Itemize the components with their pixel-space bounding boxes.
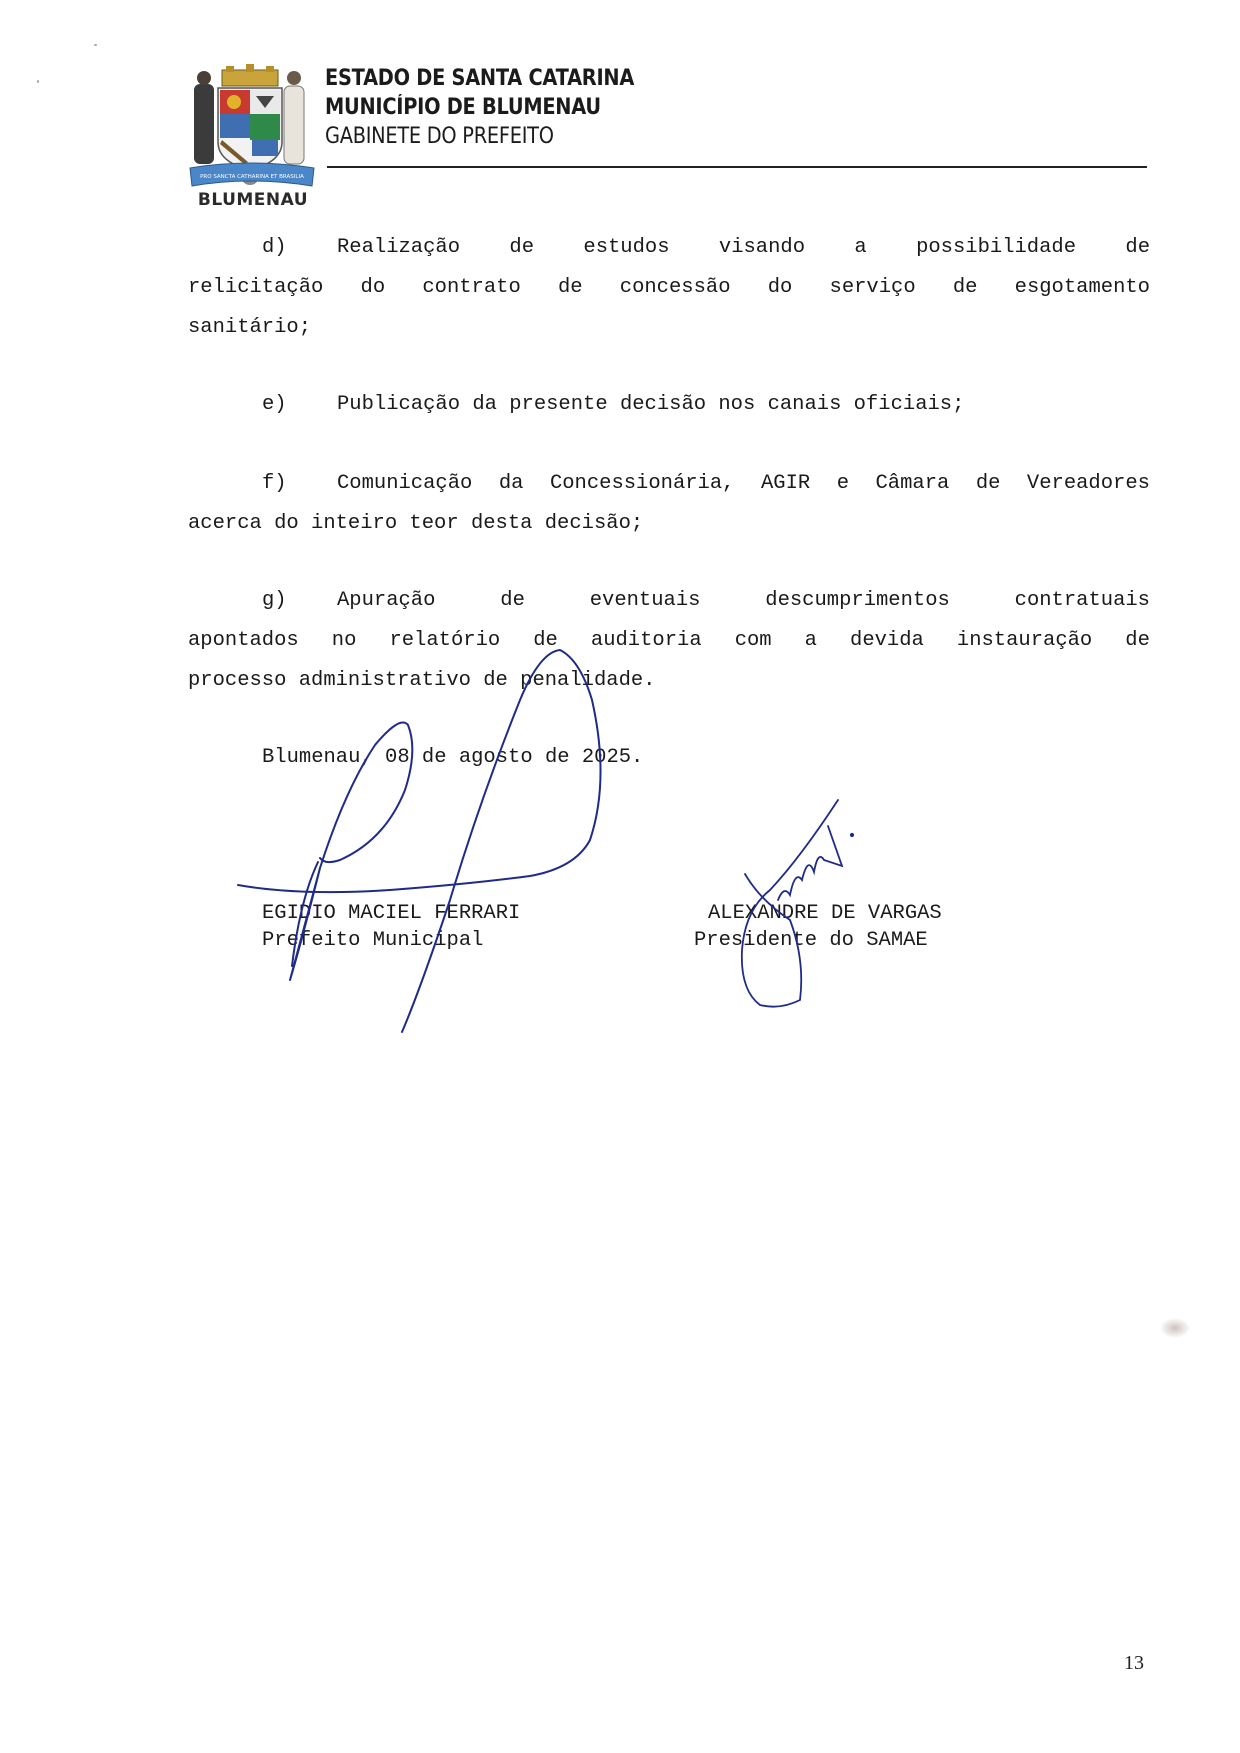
word: com (735, 629, 772, 653)
word: do (361, 276, 386, 300)
word: no (332, 629, 357, 653)
header-state: ESTADO DE SANTA CATARINA (325, 66, 634, 91)
word: de (533, 629, 558, 653)
word: e (837, 472, 849, 496)
header-municipality: MUNICÍPIO DE BLUMENAU (325, 95, 601, 120)
word: contrato (422, 276, 520, 300)
word: do (768, 276, 793, 300)
item-e-line1: Publicação da presente decisão nos canai… (337, 393, 964, 417)
item-d-line1: Realizaçãodeestudosvisandoapossibilidade… (337, 236, 1150, 260)
word: de (509, 236, 534, 260)
word: Comunicação (337, 472, 472, 496)
word: de (500, 589, 525, 613)
word: de (1125, 236, 1150, 260)
item-g-label: g) (262, 589, 287, 613)
header-divider (327, 166, 1147, 168)
word: de (953, 276, 978, 300)
item-f-line1: ComunicaçãodaConcessionária,AGIReCâmarad… (337, 472, 1150, 496)
word: AGIR (761, 472, 810, 496)
signature-egidio-maciel-ferrari (0, 0, 1240, 1100)
scan-speck (94, 44, 97, 46)
scan-speck (37, 80, 39, 83)
word: descumprimentos (765, 589, 950, 613)
header-office: GABINETE DO PREFEITO (325, 124, 554, 149)
word: relatório (389, 629, 500, 653)
document-page: PRO SANCTA CATHARINA ET BRASILIA BLUMENA… (0, 0, 1240, 1753)
word: da (499, 472, 524, 496)
word: Concessionária, (550, 472, 735, 496)
word: estudos (583, 236, 669, 260)
date-line: Blumenau, 08 de agosto de 2025. (262, 746, 643, 770)
scan-smudge (1160, 1318, 1190, 1338)
signatory-1-role: Prefeito Municipal (262, 929, 483, 953)
word: eventuais (590, 589, 701, 613)
item-f-line2: acerca do inteiro teor desta decisão; (188, 512, 643, 536)
item-d-label: d) (262, 236, 287, 260)
word: Câmara (876, 472, 950, 496)
logo-ribbon-text: PRO SANCTA CATHARINA ET BRASILIA (200, 174, 304, 180)
blumenau-coat-of-arms-logo: PRO SANCTA CATHARINA ET BRASILIA BLUMENA… (188, 64, 318, 208)
item-d-line2: relicitaçãodocontratodeconcessãodoserviç… (188, 276, 1150, 300)
item-e-label: e) (262, 393, 287, 417)
word: de (1125, 629, 1150, 653)
word: Vereadores (1027, 472, 1150, 496)
item-g-line1: Apuraçãodeeventuaisdescumprimentoscontra… (337, 589, 1150, 613)
word: apontados (188, 629, 299, 653)
word: relicitação (188, 276, 323, 300)
page-number: 13 (1124, 1652, 1144, 1675)
word: instauração (957, 629, 1092, 653)
word: a (854, 236, 866, 260)
word: visando (719, 236, 805, 260)
signatory-1-name: EGIDIO MACIEL FERRARI (262, 902, 520, 926)
signatory-2-role: Presidente do SAMAE (694, 929, 928, 953)
word: devida (850, 629, 924, 653)
item-g-line3: processo administrativo de penalidade. (188, 669, 655, 693)
word: Realização (337, 236, 460, 260)
word: de (976, 472, 1001, 496)
word: de (558, 276, 583, 300)
item-d-line3: sanitário; (188, 316, 311, 340)
word: Apuração (337, 589, 435, 613)
item-f-label: f) (262, 472, 287, 496)
word: serviço (830, 276, 916, 300)
word: auditoria (591, 629, 702, 653)
item-g-line2: apontadosnorelatóriodeauditoriacomadevid… (188, 629, 1150, 653)
signature-alexandre-de-vargas (0, 0, 1240, 1100)
word: a (805, 629, 817, 653)
word: esgotamento (1015, 276, 1150, 300)
logo-caption: BLUMENAU (198, 190, 308, 208)
signatory-2-name: ALEXANDRE DE VARGAS (708, 902, 942, 926)
word: concessão (620, 276, 731, 300)
word: possibilidade (916, 236, 1076, 260)
word: contratuais (1015, 589, 1150, 613)
